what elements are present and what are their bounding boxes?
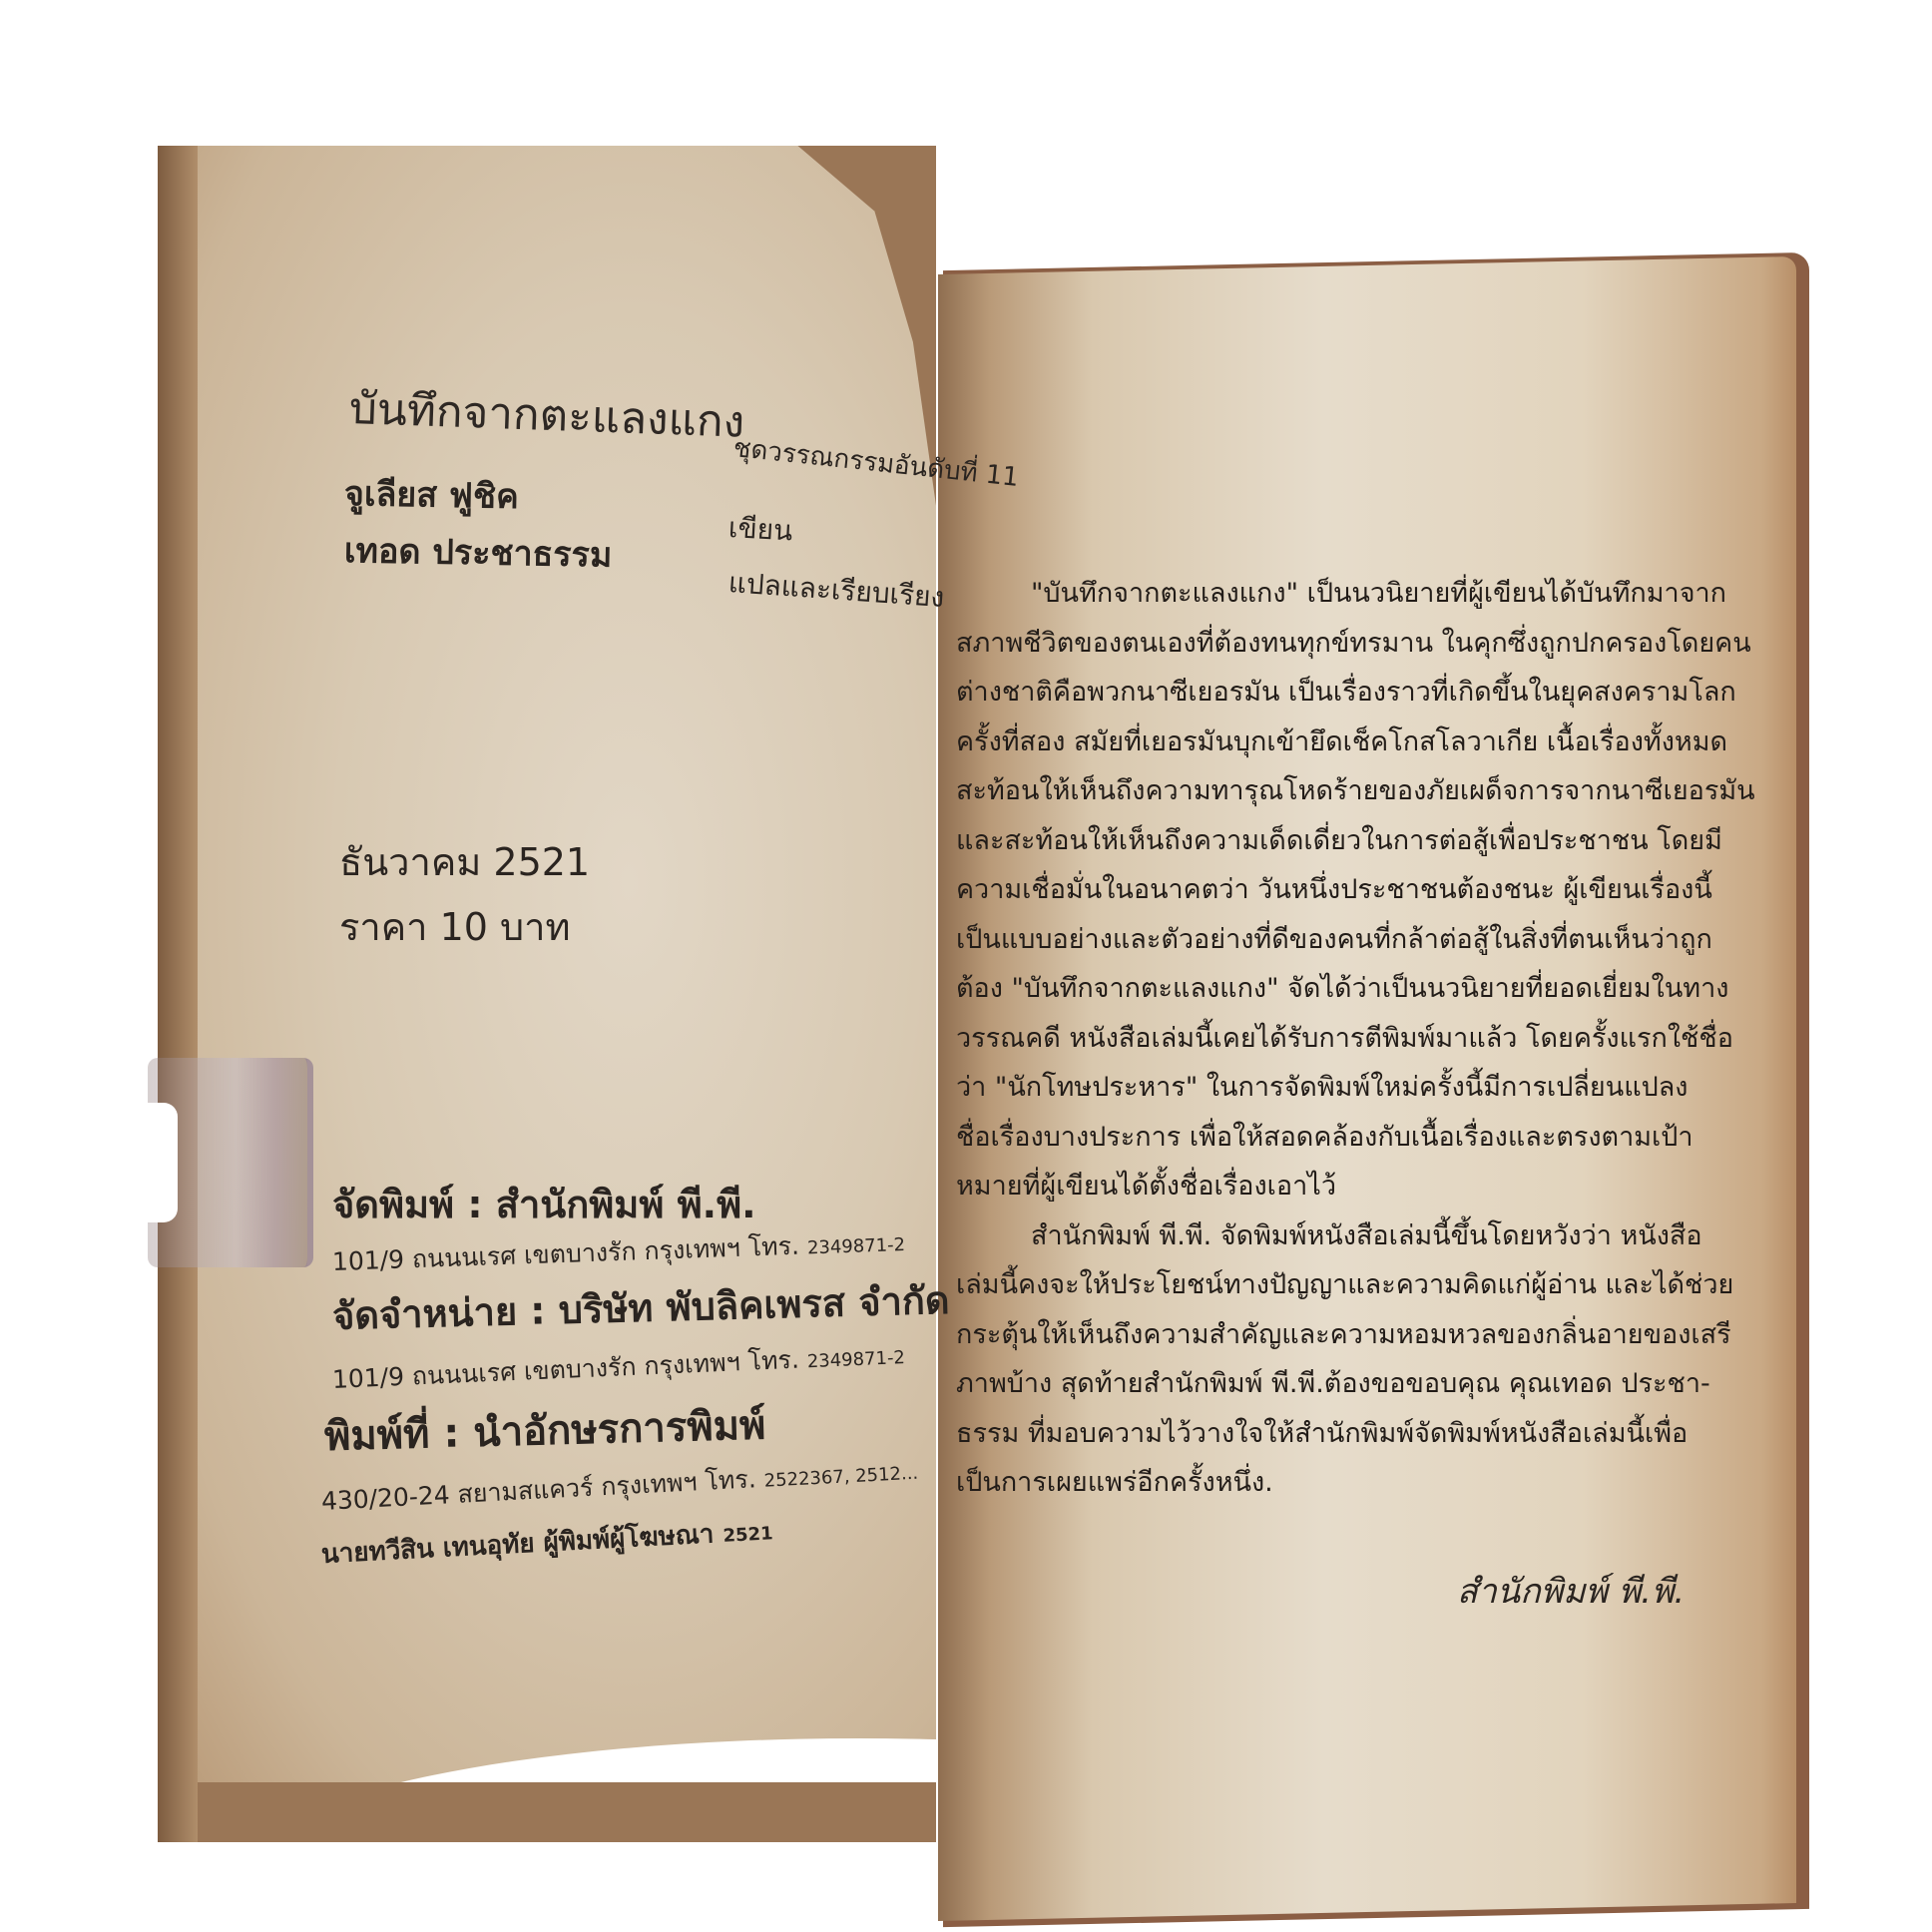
preface-line: กระตุ้นให้เห็นถึงความสำคัญและความหอมหวลข…	[956, 1310, 1685, 1360]
preface-line: สะท้อนให้เห็นถึงความทารุณโหดร้ายของภัยเผ…	[956, 766, 1685, 816]
publication-date: ธันวาคม 2521	[339, 843, 590, 881]
printer-year: 2521	[723, 1523, 773, 1547]
translator-name: เทอด ประชาธรรม	[344, 534, 613, 573]
preface-line: ธรรม ที่มอบความไว้วางใจให้สำนักพิมพ์จัดพ…	[956, 1409, 1685, 1459]
publisher-phone: 2349871-2	[807, 1234, 906, 1258]
left-page-spine-shadow	[158, 146, 198, 1842]
preface-line: ชื่อเรื่องบางประการ เพื่อให้สอดคล้องกับเ…	[956, 1113, 1685, 1163]
clip-notch	[148, 1103, 178, 1222]
preface-line: "บันทึกจากตะแลงแกง" เป็นนวนิยายที่ผู้เขี…	[956, 569, 1685, 619]
preface-line: หมายที่ผู้เขียนได้ตั้งชื่อเรื่องเอาไว้	[956, 1162, 1685, 1211]
preface-line: วรรณคดี หนังสือเล่มนี้เคยได้รับการตีพิมพ…	[956, 1014, 1685, 1064]
preface-body: "บันทึกจากตะแลงแกง" เป็นนวนิยายที่ผู้เขี…	[956, 569, 1685, 1508]
preface-line: และสะท้อนให้เห็นถึงความเด็ดเดี่ยวในการต่…	[956, 816, 1685, 866]
preface-line: ความเชื่อมั่นในอนาคตว่า วันหนึ่งประชาชนต…	[956, 865, 1685, 915]
author-role: เขียน	[727, 514, 793, 545]
preface-line: ว่า "นักโทษประหาร" ในการจัดพิมพ์ใหม่ครั้…	[956, 1063, 1685, 1113]
printer-label: พิมพ์ที่ : นำอักษรการพิมพ์	[323, 1405, 765, 1457]
preface-line: ต่างชาติคือพวกนาซีเยอรมัน เป็นเรื่องราวท…	[956, 668, 1685, 718]
price: ราคา 10 บาท	[339, 908, 571, 946]
preface-line: ต้อง "บันทึกจากตะแลงแกง" จัดได้ว่าเป็นนว…	[956, 964, 1685, 1014]
preface-line: สภาพชีวิตของตนเองที่ต้องทนทุกข์ทรมาน ในค…	[956, 619, 1685, 669]
preface-line: ภาพบ้าง สุดท้ายสำนักพิมพ์ พี.พี.ต้องขอขอ…	[956, 1359, 1685, 1409]
preface-line: เป็นการเผยแพร่อีกครั้งหนึ่ง.	[956, 1458, 1685, 1508]
author-name: จูเลียส ฟูชิค	[344, 477, 519, 514]
preface-line: ครั้งที่สอง สมัยที่เยอรมันบุกเข้ายึดเช็ค…	[956, 718, 1685, 767]
distributor-phone: 2349871-2	[806, 1347, 905, 1372]
preface-line: สำนักพิมพ์ พี.พี. จัดพิมพ์หนังสือเล่มนี้…	[956, 1211, 1685, 1261]
preface-line: เล่มนี้คงจะให้ประโยชน์ทางปัญญาและความคิด…	[956, 1260, 1685, 1310]
publisher-signature: สำนักพิมพ์ พี.พี.	[1457, 1575, 1685, 1609]
publisher-label: จัดพิมพ์ : สำนักพิมพ์ พี.พี.	[332, 1186, 756, 1223]
preface-line: เป็นแบบอย่างและตัวอย่างที่ดีของคนที่กล้า…	[956, 915, 1685, 965]
